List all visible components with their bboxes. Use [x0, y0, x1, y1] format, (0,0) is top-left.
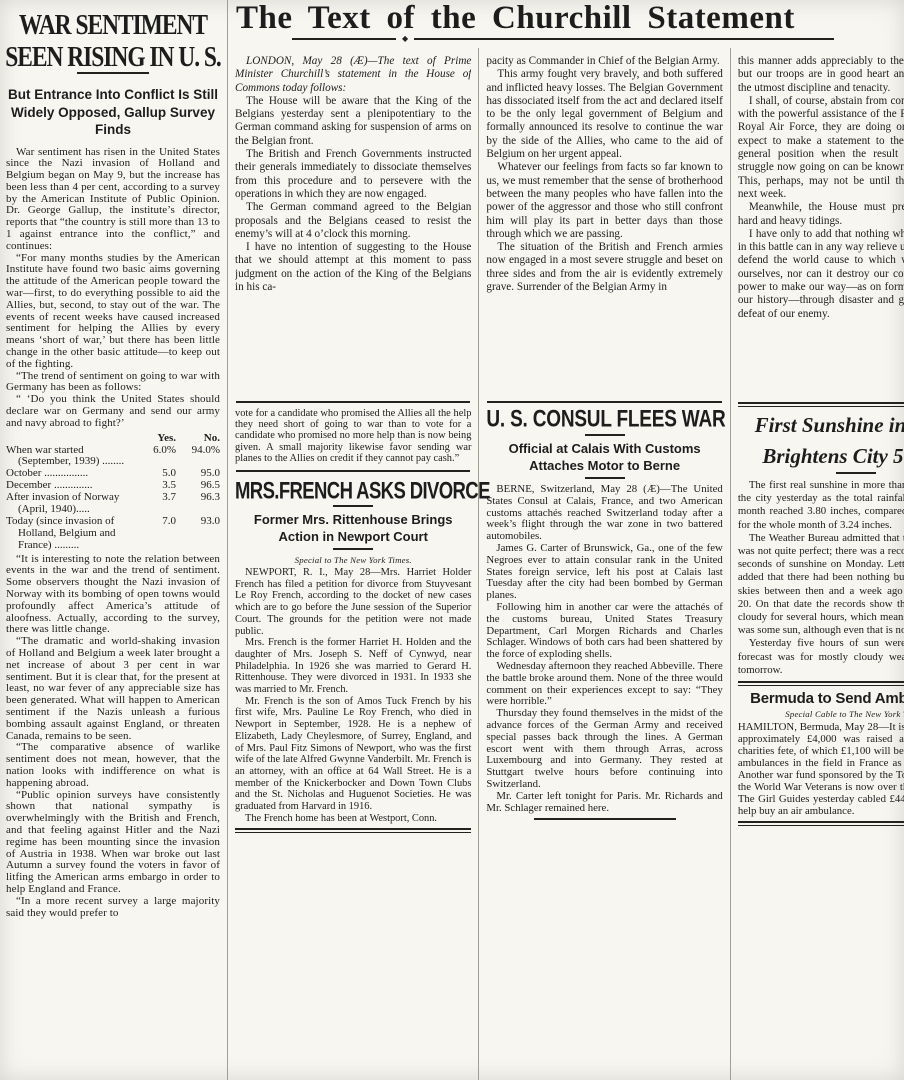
poll-table: Yes. No. When war started (September, 19… — [6, 433, 220, 552]
paragraph: vote for a candidate who promised the Al… — [235, 406, 471, 467]
poll-row-label: Today (since invasion of Holland, Belgiu… — [6, 516, 138, 552]
article-divider — [738, 402, 904, 407]
paragraph: The House will be aware that the King of… — [235, 95, 471, 148]
paragraph: The first real sunshine in more than a w… — [738, 479, 904, 532]
sunshine-body: The first real sunshine in more than a w… — [738, 479, 904, 677]
french-body: NEWPORT, R. I., May 28—Mrs. Harriet Hold… — [235, 567, 471, 824]
paragraph: “Public opinion surveys have consistentl… — [6, 790, 220, 896]
bermuda-headline: Bermuda to Send Ambulances — [738, 690, 904, 708]
rule-segment — [414, 38, 834, 40]
article-divider — [738, 681, 904, 686]
paragraph: I shall, of course, abstain from comment… — [738, 95, 904, 201]
article-divider — [487, 401, 721, 403]
article-divider — [236, 401, 470, 403]
churchill-headline: The Text of the Churchill Statement — [236, 1, 904, 35]
paragraph: “The comparative absence of warlike sent… — [6, 742, 220, 789]
churchill-header: The Text of the Churchill Statement ◆ — [228, 0, 904, 48]
article-divider — [236, 470, 470, 472]
paragraph: The Weather Bureau admitted that the rai… — [738, 532, 904, 638]
paragraph: Whatever our feelings from facts so far … — [486, 161, 722, 241]
credit-line: Special Cable to The New York Times. — [738, 709, 904, 719]
article-first-sunshine: First Sunshine in Week Brightens City 5 … — [738, 413, 904, 677]
paragraph: This army fought very bravely, and both … — [486, 68, 722, 161]
poll-row-yes: 3.7 — [138, 492, 176, 516]
consul-subhead: Official at Calais With Customs Attaches… — [486, 441, 722, 474]
paragraph: The German command agreed to the Belgian… — [235, 201, 471, 241]
column-c: this manner adds appreciably to the grie… — [730, 48, 904, 1080]
paragraph: The French home has been at Westport, Co… — [235, 813, 471, 825]
paragraph: NEWPORT, R. I., May 28—Mrs. Harriet Hold… — [235, 567, 471, 637]
churchill-column-1: LONDON, May 28 (Æ)—The text of Prime Min… — [235, 48, 471, 398]
headline-divider — [333, 505, 373, 507]
french-headline: MRS.FRENCH ASKS DIVORCE — [235, 477, 471, 505]
article-french-divorce: MRS.FRENCH ASKS DIVORCE Former Mrs. Ritt… — [235, 480, 471, 824]
paragraph: “It is interesting to note the relation … — [6, 554, 220, 637]
paragraph: The situation of the British and French … — [486, 241, 722, 294]
column-b: pacity as Commander in Chief of the Belg… — [478, 48, 729, 1080]
poll-row-yes: 6.0% — [138, 445, 176, 469]
poll-no-header: No. — [176, 433, 220, 445]
paragraph: Wednesday afternoon they reached Abbevil… — [486, 661, 722, 708]
consul-headline: U. S. CONSUL FLEES WAR — [486, 406, 722, 434]
table-row: After invasion of Norway (April, 1940)..… — [6, 492, 220, 516]
poll-row-no: 96.3 — [176, 492, 220, 516]
paragraph: Following him in another car were the at… — [486, 602, 722, 661]
paragraph: pacity as Commander in Chief of the Belg… — [486, 55, 722, 68]
paragraph: “ ‘Do you think the United States should… — [6, 394, 220, 429]
poll-yes-header: Yes. — [138, 433, 176, 445]
paragraph: this manner adds appreciably to the grie… — [738, 55, 904, 95]
poll-row-no: 94.0% — [176, 445, 220, 469]
paragraph: I have no intention of suggesting to the… — [235, 241, 471, 294]
war-headline-line2: SEEN RISING IN U. S. — [4, 39, 222, 74]
paragraph: I have only to add that nothing which ca… — [738, 228, 904, 321]
churchill-column-2: pacity as Commander in Chief of the Belg… — [486, 48, 722, 398]
war-headline-line1: WAR SENTIMENT — [4, 7, 222, 42]
headline-divider — [836, 472, 876, 474]
rule-segment — [292, 38, 396, 40]
table-row: When war started (September, 1939) .....… — [6, 445, 220, 469]
article-divider — [534, 818, 676, 820]
war-subhead: But Entrance Into Conflict Is Still Wide… — [8, 86, 218, 139]
consul-body: BERNE, Switzerland, May 28 (Æ)—The Unite… — [486, 484, 722, 814]
sunshine-headline-line1: First Sunshine in Week — [738, 413, 904, 438]
french-subhead: Former Mrs. Rittenhouse Brings Action in… — [235, 512, 471, 545]
bermuda-body: HAMILTON, Bermuda, May 28—It is announce… — [738, 721, 904, 817]
poll-table-header: Yes. No. — [6, 433, 220, 445]
subhead-divider — [333, 548, 373, 550]
paragraph: Mr. French is the son of Amos Tuck Frenc… — [235, 696, 471, 813]
paragraph: “The dramatic and world-shaking invasion… — [6, 636, 220, 742]
paragraph: Mr. Carter left tonight for Paris. Mr. R… — [486, 791, 722, 815]
paragraph: War sentiment has risen in the United St… — [6, 147, 220, 253]
sunshine-headline-line2: Brightens City 5 Hours — [738, 444, 904, 469]
paragraph: Thursday they found themselves in the mi… — [486, 708, 722, 791]
paragraph: Mrs. French is the former Harriet H. Hol… — [235, 637, 471, 696]
dateline: LONDON, May 28 (Æ)—The text of Prime Min… — [235, 55, 471, 95]
article-bermuda-ambulances: Bermuda to Send Ambulances Special Cable… — [738, 690, 904, 817]
paragraph: “In a more recent survey a large majorit… — [6, 896, 220, 920]
poll-row-no: 93.0 — [176, 516, 220, 552]
three-column-row: LONDON, May 28 (Æ)—The text of Prime Min… — [228, 48, 904, 1080]
diamond-ornament-icon: ◆ — [402, 35, 408, 43]
article-divider — [738, 821, 904, 826]
credit-line: Special to The New York Times. — [235, 555, 471, 565]
table-row: Today (since invasion of Holland, Belgiu… — [6, 516, 220, 552]
gallup-continuation: vote for a candidate who promised the Al… — [235, 406, 471, 467]
newspaper-page: WAR SENTIMENT SEEN RISING IN U. S. But E… — [0, 0, 904, 1080]
paragraph: Yesterday five hours of sun were recorde… — [738, 637, 904, 677]
subhead-divider — [585, 477, 625, 479]
paragraph: The British and French Governments instr… — [235, 148, 471, 201]
war-body: War sentiment has risen in the United St… — [6, 147, 220, 920]
churchill-column-3: this manner adds appreciably to the grie… — [738, 48, 904, 398]
article-divider — [235, 828, 471, 833]
poll-row-label: After invasion of Norway (April, 1940)..… — [6, 492, 138, 516]
main-section: The Text of the Churchill Statement ◆ LO… — [228, 0, 904, 1080]
paragraph: Meanwhile, the House must prepare itself… — [738, 201, 904, 228]
paragraph: James G. Carter of Brunswick, Ga., one o… — [486, 543, 722, 602]
poll-row-yes: 7.0 — [138, 516, 176, 552]
column-a: LONDON, May 28 (Æ)—The text of Prime Min… — [228, 48, 478, 1080]
paragraph: “The trend of sentiment on going to war … — [6, 371, 220, 395]
paragraph: “For many months studies by the American… — [6, 253, 220, 371]
poll-row-label: When war started (September, 1939) .....… — [6, 445, 138, 469]
paragraph: HAMILTON, Bermuda, May 28—It is announce… — [738, 721, 904, 817]
headline-divider — [585, 434, 625, 436]
headline-rule: ◆ — [236, 35, 904, 43]
article-war-sentiment: WAR SENTIMENT SEEN RISING IN U. S. But E… — [0, 0, 228, 1080]
article-consul-flees: U. S. CONSUL FLEES WAR Official at Calai… — [486, 409, 722, 814]
paragraph: BERNE, Switzerland, May 28 (Æ)—The Unite… — [486, 484, 722, 543]
